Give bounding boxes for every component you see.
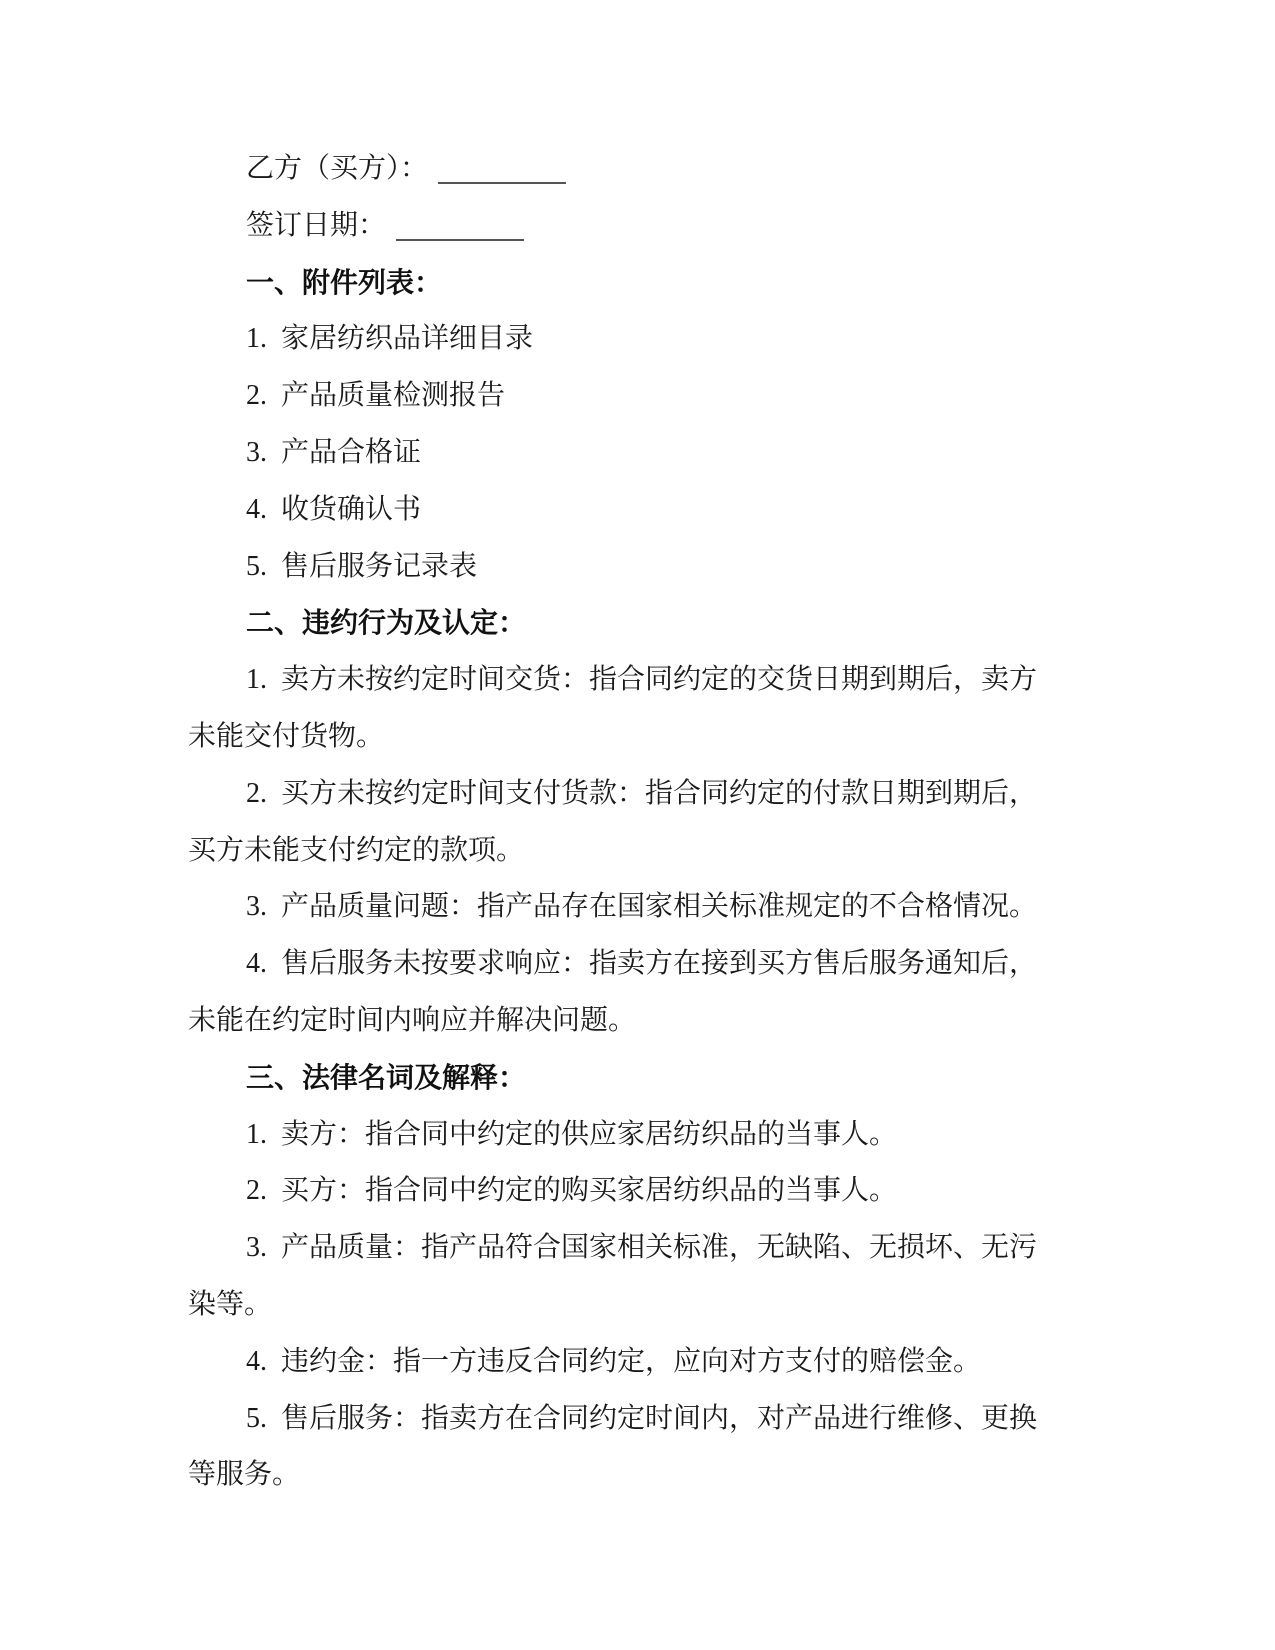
paragraph-line: 未能交付货物。 — [188, 709, 1148, 766]
paragraph-line: 染等。 — [188, 1277, 1148, 1334]
paragraph-line: 2. 买方未按约定时间支付货款：指合同约定的付款日期到期后， — [188, 766, 1148, 823]
blank-underline — [438, 152, 566, 184]
field-row: 乙方（买方）： — [188, 141, 1148, 198]
document-page: 乙方（买方）：签订日期：一、附件列表：1. 家居纺织品详细目录2. 产品质量检测… — [0, 0, 1275, 1650]
paragraph-line: 3. 产品质量问题：指产品存在国家相关标准规定的不合格情况。 — [188, 879, 1148, 936]
paragraph-line: 1. 卖方未按约定时间交货：指合同约定的交货日期到期后，卖方 — [188, 652, 1148, 709]
paragraph-line: 4. 售后服务未按要求响应：指卖方在接到买方售后服务通知后， — [188, 936, 1148, 993]
paragraph-line: 3. 产品质量：指产品符合国家相关标准，无缺陷、无损坏、无污 — [188, 1220, 1148, 1277]
section-heading: 一、附件列表： — [188, 255, 1148, 312]
field-label: 乙方（买方）： — [246, 153, 428, 184]
paragraph-line: 5. 售后服务记录表 — [188, 539, 1148, 596]
paragraph-line: 未能在约定时间内响应并解决问题。 — [188, 993, 1148, 1050]
paragraph-line: 1. 家居纺织品详细目录 — [188, 311, 1148, 368]
paragraph-line: 2. 产品质量检测报告 — [188, 368, 1148, 425]
paragraph-line: 1. 卖方：指合同中约定的供应家居纺织品的当事人。 — [188, 1107, 1148, 1164]
paragraph-line: 买方未能支付约定的款项。 — [188, 823, 1148, 880]
paragraph-line: 4. 收货确认书 — [188, 482, 1148, 539]
paragraph-line: 2. 买方：指合同中约定的购买家居纺织品的当事人。 — [188, 1163, 1148, 1220]
field-label: 签订日期： — [246, 210, 386, 241]
contract-body: 乙方（买方）：签订日期：一、附件列表：1. 家居纺织品详细目录2. 产品质量检测… — [188, 141, 1148, 1504]
paragraph-line: 3. 产品合格证 — [188, 425, 1148, 482]
section-heading: 二、违约行为及认定： — [188, 595, 1148, 652]
field-row: 签订日期： — [188, 198, 1148, 255]
paragraph-line: 等服务。 — [188, 1447, 1148, 1504]
section-heading: 三、法律名词及解释： — [188, 1050, 1148, 1107]
blank-underline — [396, 209, 524, 241]
paragraph-line: 4. 违约金：指一方违反合同约定，应向对方支付的赔偿金。 — [188, 1334, 1148, 1391]
paragraph-line: 5. 售后服务：指卖方在合同约定时间内，对产品进行维修、更换 — [188, 1391, 1148, 1448]
